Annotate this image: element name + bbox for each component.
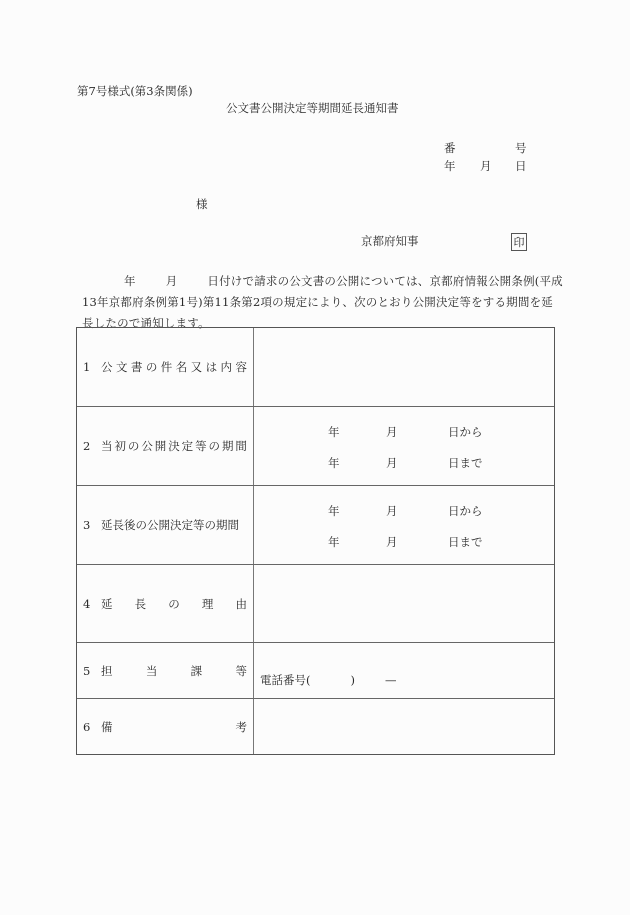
extended-period-field[interactable]: 年 月 日から 年 月 日まで xyxy=(254,486,554,564)
row-label-text: 備考 xyxy=(101,719,247,735)
row-number: 6 xyxy=(83,720,101,734)
row-number: 1 xyxy=(83,360,101,374)
row-label-text: 公文書の件名又は内容 xyxy=(101,359,247,375)
original-period-field[interactable]: 年 月 日から 年 月 日まで xyxy=(254,407,554,485)
phone-label: 電話番号( xyxy=(260,673,311,687)
row-number: 3 xyxy=(83,518,101,532)
row-label: 3 延長後の公開決定等の期間 xyxy=(77,486,254,564)
body-year: 年 xyxy=(124,274,136,288)
table-row-original-period: 2 当初の公開決定等の期間 年 月 日から 年 月 日まで xyxy=(77,407,554,486)
row-number: 4 xyxy=(83,597,101,611)
phone-number-line: 電話番号()— xyxy=(260,672,397,688)
period-from-line: 年 月 日から xyxy=(254,424,554,438)
period-to-line: 年 月 日まで xyxy=(254,455,554,469)
remarks-field[interactable] xyxy=(254,699,554,754)
table-row-remarks: 6 備考 xyxy=(77,699,554,754)
table-row-responsible-section: 5 担当課等 電話番号()— xyxy=(77,643,554,699)
row-label: 1 公文書の件名又は内容 xyxy=(77,328,254,406)
addressee-honorific: 様 xyxy=(196,199,208,211)
body-line-2: 13年京都府条例第1号)第11条第2項の規定により、次のとおり公開決定等をする期… xyxy=(82,292,554,313)
row-number: 2 xyxy=(83,439,101,453)
period-to-line: 年 月 日まで xyxy=(254,534,554,548)
row-label: 6 備考 xyxy=(77,699,254,754)
issue-date-year: 年 xyxy=(444,161,456,173)
issue-date-month: 月 xyxy=(480,161,492,173)
body-month: 月 xyxy=(166,274,178,288)
row-number: 5 xyxy=(83,664,101,678)
table-row-extension-reason: 4 延長の理由 xyxy=(77,565,554,643)
phone-paren-close: ) xyxy=(351,673,356,687)
row-label-text: 担当課等 xyxy=(101,663,247,679)
table-row-document-subject: 1 公文書の件名又は内容 xyxy=(77,328,554,407)
extension-details-table: 1 公文書の件名又は内容 2 当初の公開決定等の期間 年 月 日から 年 月 日… xyxy=(76,327,555,755)
row-label: 2 当初の公開決定等の期間 xyxy=(77,407,254,485)
issuer-name: 京都府知事 xyxy=(361,236,419,248)
phone-dash: — xyxy=(385,673,397,687)
period-from-line: 年 月 日から xyxy=(254,503,554,517)
row-label-text: 延長後の公開決定等の期間 xyxy=(101,517,247,533)
document-title: 公文書公開決定等期間延長通知書 xyxy=(226,103,399,115)
body-line1-text: 日付けで請求の公文書の公開については、京都府情報公開条例(平成 xyxy=(207,274,562,288)
form-number-label: 第7号様式(第3条関係) xyxy=(77,86,193,98)
row-label-text: 延長の理由 xyxy=(101,596,247,612)
row-label: 4 延長の理由 xyxy=(77,565,254,642)
issue-date-day: 日 xyxy=(515,161,527,173)
document-number-suffix: 号 xyxy=(515,143,527,155)
extension-reason-field[interactable] xyxy=(254,565,554,642)
table-row-extended-period: 3 延長後の公開決定等の期間 年 月 日から 年 月 日まで xyxy=(77,486,554,565)
seal-stamp-icon: 印 xyxy=(511,233,527,251)
document-number-label: 番 xyxy=(444,143,456,155)
body-line-1: 年月日付けで請求の公文書の公開については、京都府情報公開条例(平成 xyxy=(82,271,554,292)
document-subject-field[interactable] xyxy=(254,328,554,406)
row-label: 5 担当課等 xyxy=(77,643,254,698)
responsible-section-field[interactable]: 電話番号()— xyxy=(254,643,554,698)
notice-body: 年月日付けで請求の公文書の公開については、京都府情報公開条例(平成 13年京都府… xyxy=(82,271,554,334)
row-label-text: 当初の公開決定等の期間 xyxy=(101,438,247,454)
